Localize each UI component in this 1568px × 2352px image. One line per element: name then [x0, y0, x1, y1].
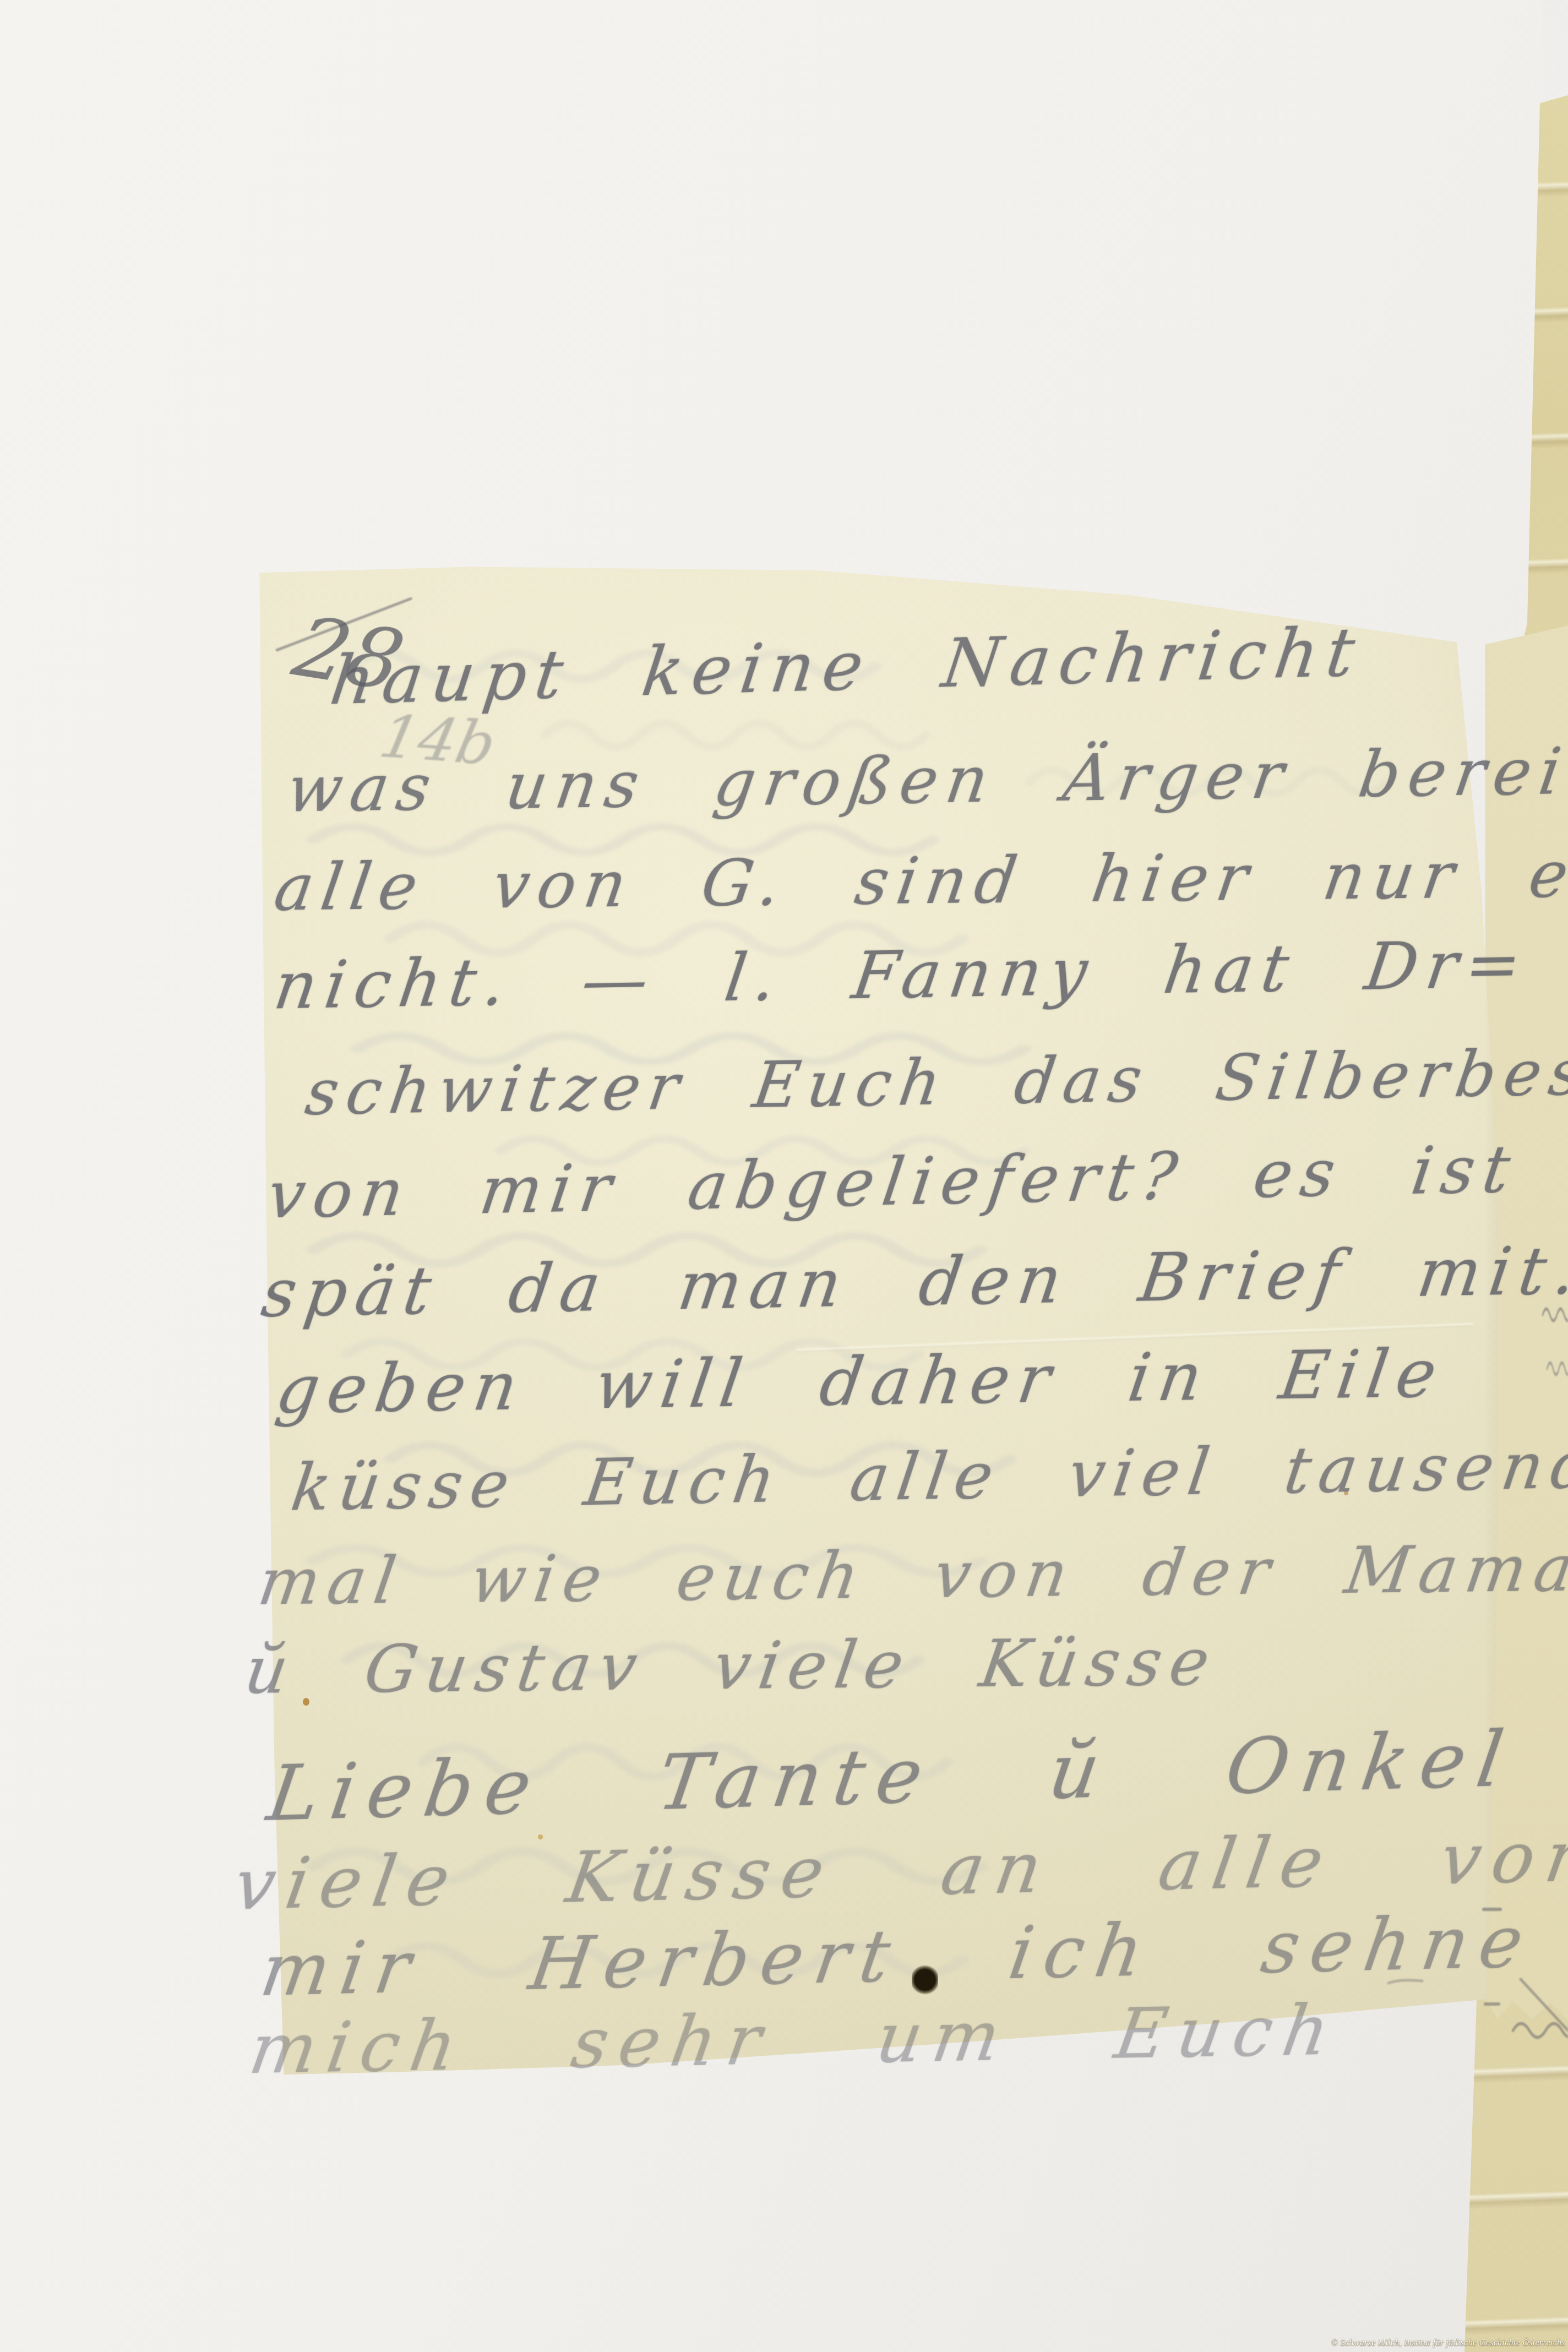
handwriting-line: ŭ Gustav viele Küsse	[240, 1624, 1223, 1708]
archival-photo: 28 14b haupt keine Nachricht was uns gro…	[0, 0, 1568, 2352]
archive-watermark: © Schwarze Milch, Institut für jüdische …	[1331, 2338, 1565, 2348]
handwriting-line: alle von G. sind hier nur er	[270, 837, 1568, 926]
handwriting-line: mal wie euch von der Mama	[254, 1531, 1568, 1619]
